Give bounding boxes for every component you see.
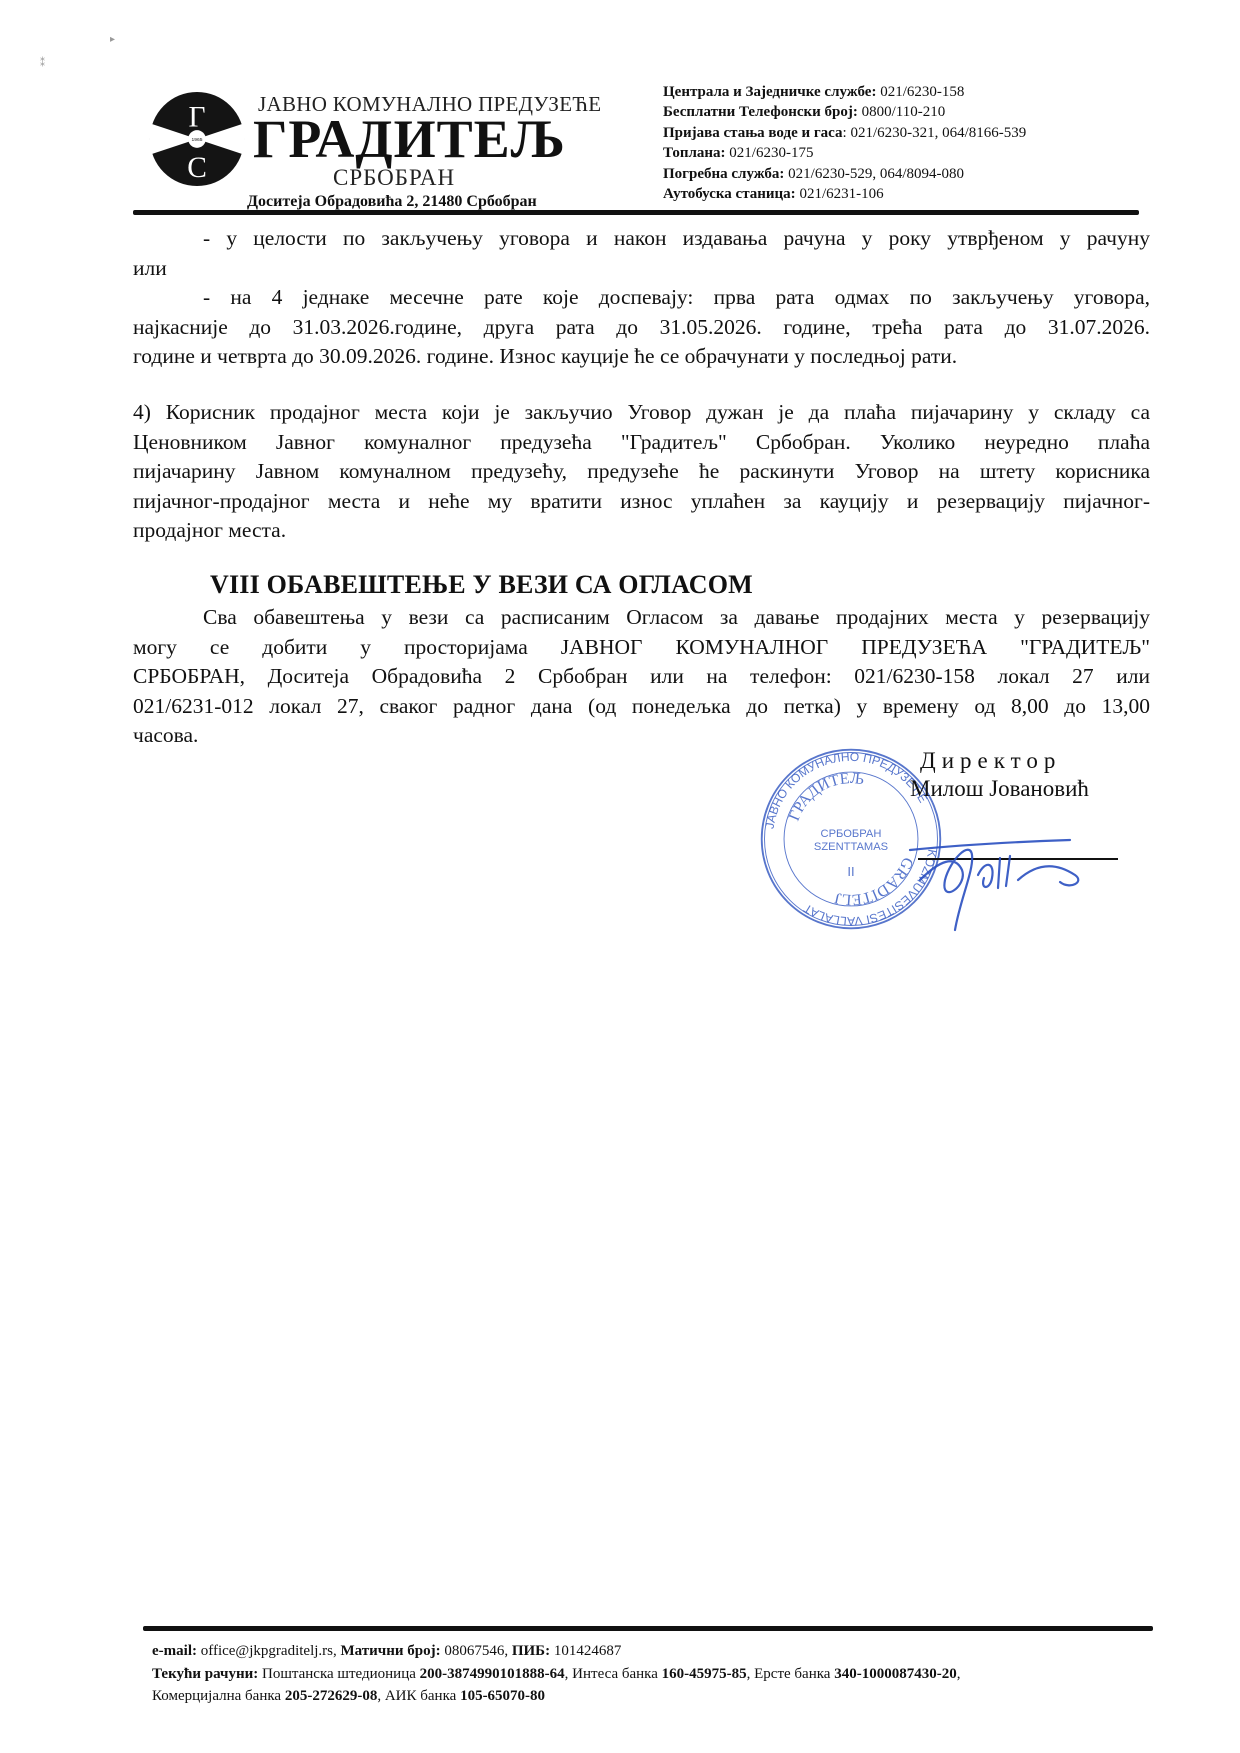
contact-label: Погребна служба: <box>663 166 784 182</box>
contact-value: 021/6230-529, 064/8094-080 <box>784 166 964 182</box>
logo-year: 1965 <box>192 137 203 143</box>
footer-label: Текући рачуни: <box>152 1666 258 1682</box>
point-4-paragraph: 4) Корисник продајног места који је закљ… <box>133 398 1150 546</box>
contact-row: Бесплатни Телефонски број: 0800/110-210 <box>663 102 1026 122</box>
contact-row: Пријава стања воде и гаса: 021/6230-321,… <box>663 123 1026 143</box>
text-line: часова. <box>133 721 1150 751</box>
footer-account: 105-65070-80 <box>460 1688 545 1704</box>
payment-option-full: - у целости по закључењу уговора и након… <box>133 224 1150 283</box>
footer-account: 340-1000087430-20 <box>834 1666 957 1682</box>
signatory-title: Директор <box>920 748 1061 774</box>
footer-label: ПИБ: <box>512 1643 550 1659</box>
contact-value: 021/6230-175 <box>726 145 814 161</box>
text-line: Сва обавештења у вези са расписаним Огла… <box>133 603 1150 633</box>
contact-label: Бесплатни Телефонски број: <box>663 104 858 120</box>
contact-row: Топлана: 021/6230-175 <box>663 143 1026 163</box>
contact-value: 021/6230-158 <box>876 84 964 100</box>
footer-account: 160-45975-85 <box>662 1666 747 1682</box>
footer-line-accounts-2: Комерцијална банка 205-272629-08, АИК ба… <box>152 1685 960 1708</box>
footer-line-accounts: Текући рачуни: Поштанска штедионица 200-… <box>152 1663 960 1686</box>
handwritten-signature-icon <box>900 820 1100 940</box>
logo-top-letter: Г <box>189 101 206 133</box>
footer-bank: , Ерсте банка <box>747 1666 835 1682</box>
footer-bank: Поштанска штедионица <box>258 1666 419 1682</box>
text-line: 4) Корисник продајног места који је закљ… <box>133 398 1150 428</box>
org-address: Доситеја Обрадовића 2, 21480 Србобран <box>247 193 537 211</box>
svg-text:II: II <box>847 864 854 879</box>
text-line: Ценовником Јавног комуналног предузећа "… <box>133 428 1150 458</box>
footer-value: 08067546, <box>441 1643 512 1659</box>
footer-email: office@jkpgraditelj.rs, <box>197 1643 341 1659</box>
text-line: пијачарину Јавном комуналном предузећу, … <box>133 457 1150 487</box>
text-line: или <box>133 254 1150 284</box>
contact-label: Централа и Заједничке службе: <box>663 84 876 100</box>
scan-speck: ⁑ <box>40 58 45 69</box>
text-line: продајног места. <box>133 516 1150 546</box>
signatory-name: Милош Јовановић <box>910 776 1089 802</box>
scan-speck: ▸ <box>110 34 115 45</box>
text-line: године и четврта до 30.09.2026. године. … <box>133 342 1150 372</box>
contact-value: : 021/6230-321, 064/8166-539 <box>843 125 1027 141</box>
header-divider <box>133 210 1139 215</box>
text-line: најкасније до 31.03.2026.године, друга р… <box>133 313 1150 343</box>
payment-option-installments: - на 4 једнаке месечне рате које доспева… <box>133 283 1150 372</box>
footer-account: 205-272629-08 <box>285 1688 378 1704</box>
logo-bottom-letter: С <box>187 152 207 184</box>
org-city: СРБОБРАН <box>333 165 455 191</box>
contact-label: Топлана: <box>663 145 726 161</box>
footer-separator: , <box>957 1666 961 1682</box>
contact-list: Централа и Заједничке службе: 021/6230-1… <box>663 82 1026 204</box>
footer-divider <box>143 1626 1153 1631</box>
document-page: ▸ ⁑ 1965 Г С ЈАВНО КОМУНАЛНО ПРЕДУЗЕЋЕ Г… <box>0 0 1240 1753</box>
footer: e-mail: office@jkpgraditelj.rs, Матични … <box>152 1640 960 1708</box>
contact-row: Аутобуска станица: 021/6231-106 <box>663 184 1026 204</box>
footer-bank: , АИК банка <box>377 1688 460 1704</box>
gs-logo-icon: 1965 Г С <box>148 90 246 188</box>
contact-value: 0800/110-210 <box>858 104 945 120</box>
footer-value: 101424687 <box>550 1643 621 1659</box>
footer-account: 200-3874990101888-64 <box>420 1666 565 1682</box>
stamp-center-line-1: СРБОБРАН <box>821 828 882 840</box>
footer-label: Матични број: <box>340 1643 440 1659</box>
contact-label: Пријава стања воде и гаса <box>663 125 843 141</box>
text-line: пијачног-продајног места и неће му врати… <box>133 487 1150 517</box>
contact-label: Аутобуска станица: <box>663 186 796 202</box>
text-line: - на 4 једнаке месечне рате које доспева… <box>133 283 1150 313</box>
section-viii-title: VIII ОБАВЕШТЕЊЕ У ВЕЗИ СА ОГЛАСОМ <box>210 570 753 600</box>
contact-row: Погребна служба: 021/6230-529, 064/8094-… <box>663 164 1026 184</box>
footer-bank: , Интеса банка <box>565 1666 662 1682</box>
text-line: 021/6231-012 локал 27, сваког радног дан… <box>133 692 1150 722</box>
text-line: - у целости по закључењу уговора и након… <box>133 224 1150 254</box>
footer-bank: Комерцијална банка <box>152 1688 285 1704</box>
org-name: ГРАДИТЕЉ <box>253 108 566 170</box>
footer-label: e-mail: <box>152 1643 197 1659</box>
contact-row: Централа и Заједничке службе: 021/6230-1… <box>663 82 1026 102</box>
contact-value: 021/6231-106 <box>796 186 884 202</box>
stamp-center-line-2: SZENTTAMAS <box>814 841 888 853</box>
section-viii-paragraph: Сва обавештења у вези са расписаним Огла… <box>133 603 1150 751</box>
text-line: СРБОБРАН, Доситеја Обрадовића 2 Србобран… <box>133 662 1150 692</box>
text-line: могу се добити у просторијама ЈАВНОГ КОМ… <box>133 633 1150 663</box>
footer-line-contact: e-mail: office@jkpgraditelj.rs, Матични … <box>152 1640 960 1663</box>
